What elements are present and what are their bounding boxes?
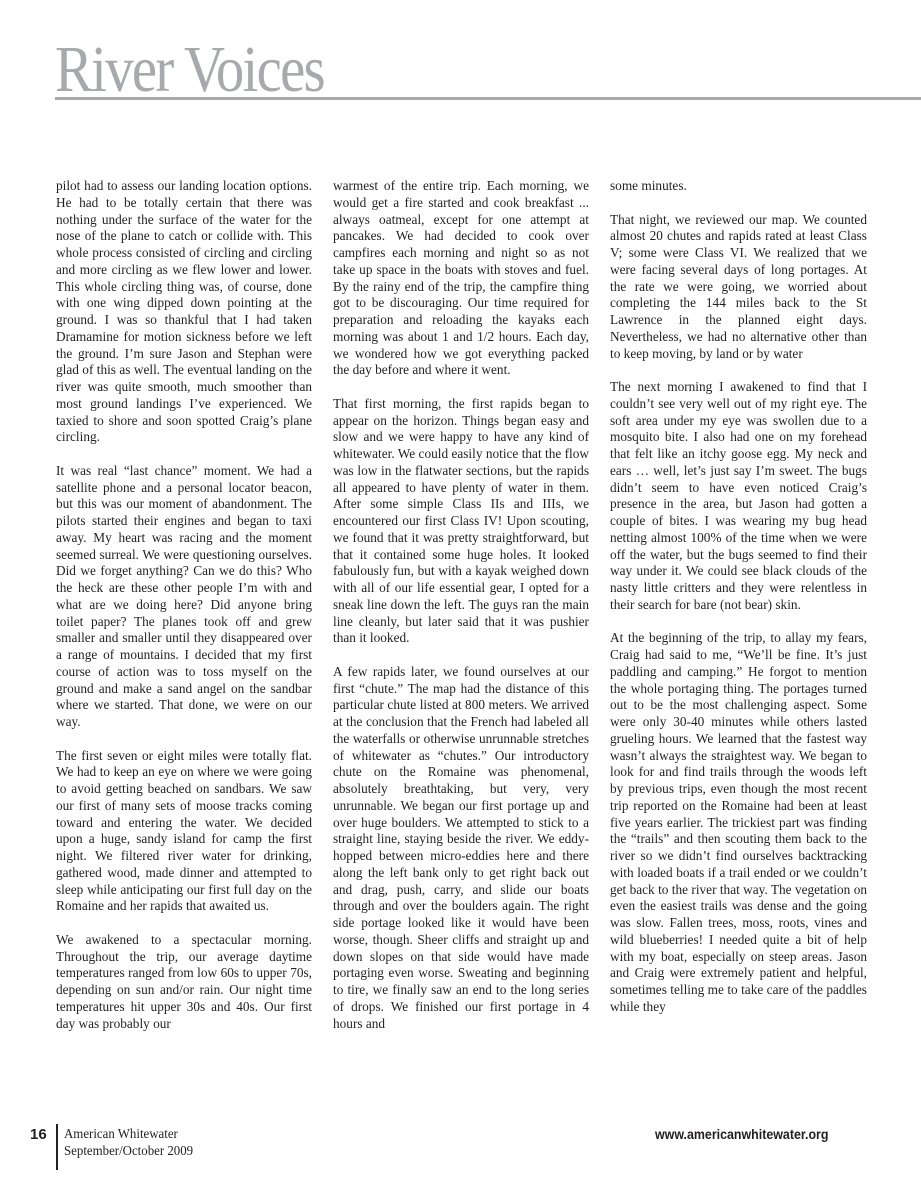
paragraph: That night, we reviewed our map. We coun… <box>610 212 867 363</box>
paragraph: pilot had to assess our landing location… <box>56 178 312 446</box>
publication-info: American Whitewater September/October 20… <box>64 1126 193 1160</box>
paragraph: some minutes. <box>610 178 867 195</box>
footer-divider <box>56 1124 58 1170</box>
paragraph: A few rapids later, we found ourselves a… <box>333 664 589 1033</box>
paragraph: That first morning, the first rapids beg… <box>333 396 589 647</box>
paragraph: It was real “last chance” moment. We had… <box>56 463 312 731</box>
paragraph: At the beginning of the trip, to allay m… <box>610 630 867 1015</box>
article-column-2: warmest of the entire trip. Each morning… <box>333 178 589 1049</box>
paragraph: warmest of the entire trip. Each morning… <box>333 178 589 379</box>
header-rule-divider <box>55 97 921 100</box>
paragraph: The first seven or eight miles were tota… <box>56 748 312 916</box>
publication-name: American Whitewater <box>64 1126 193 1143</box>
paragraph: The next morning I awakened to find that… <box>610 379 867 614</box>
page-number: 16 <box>30 1126 47 1144</box>
article-column-3: some minutes. That night, we reviewed ou… <box>610 178 867 1032</box>
website-link[interactable]: www.americanwhitewater.org <box>655 1127 828 1143</box>
article-column-1: pilot had to assess our landing location… <box>56 178 312 1049</box>
issue-date: September/October 2009 <box>64 1143 193 1160</box>
paragraph: We awakened to a spectacular morning. Th… <box>56 932 312 1033</box>
page-header: River Voices <box>55 40 921 100</box>
section-title: River Voices <box>55 40 324 100</box>
